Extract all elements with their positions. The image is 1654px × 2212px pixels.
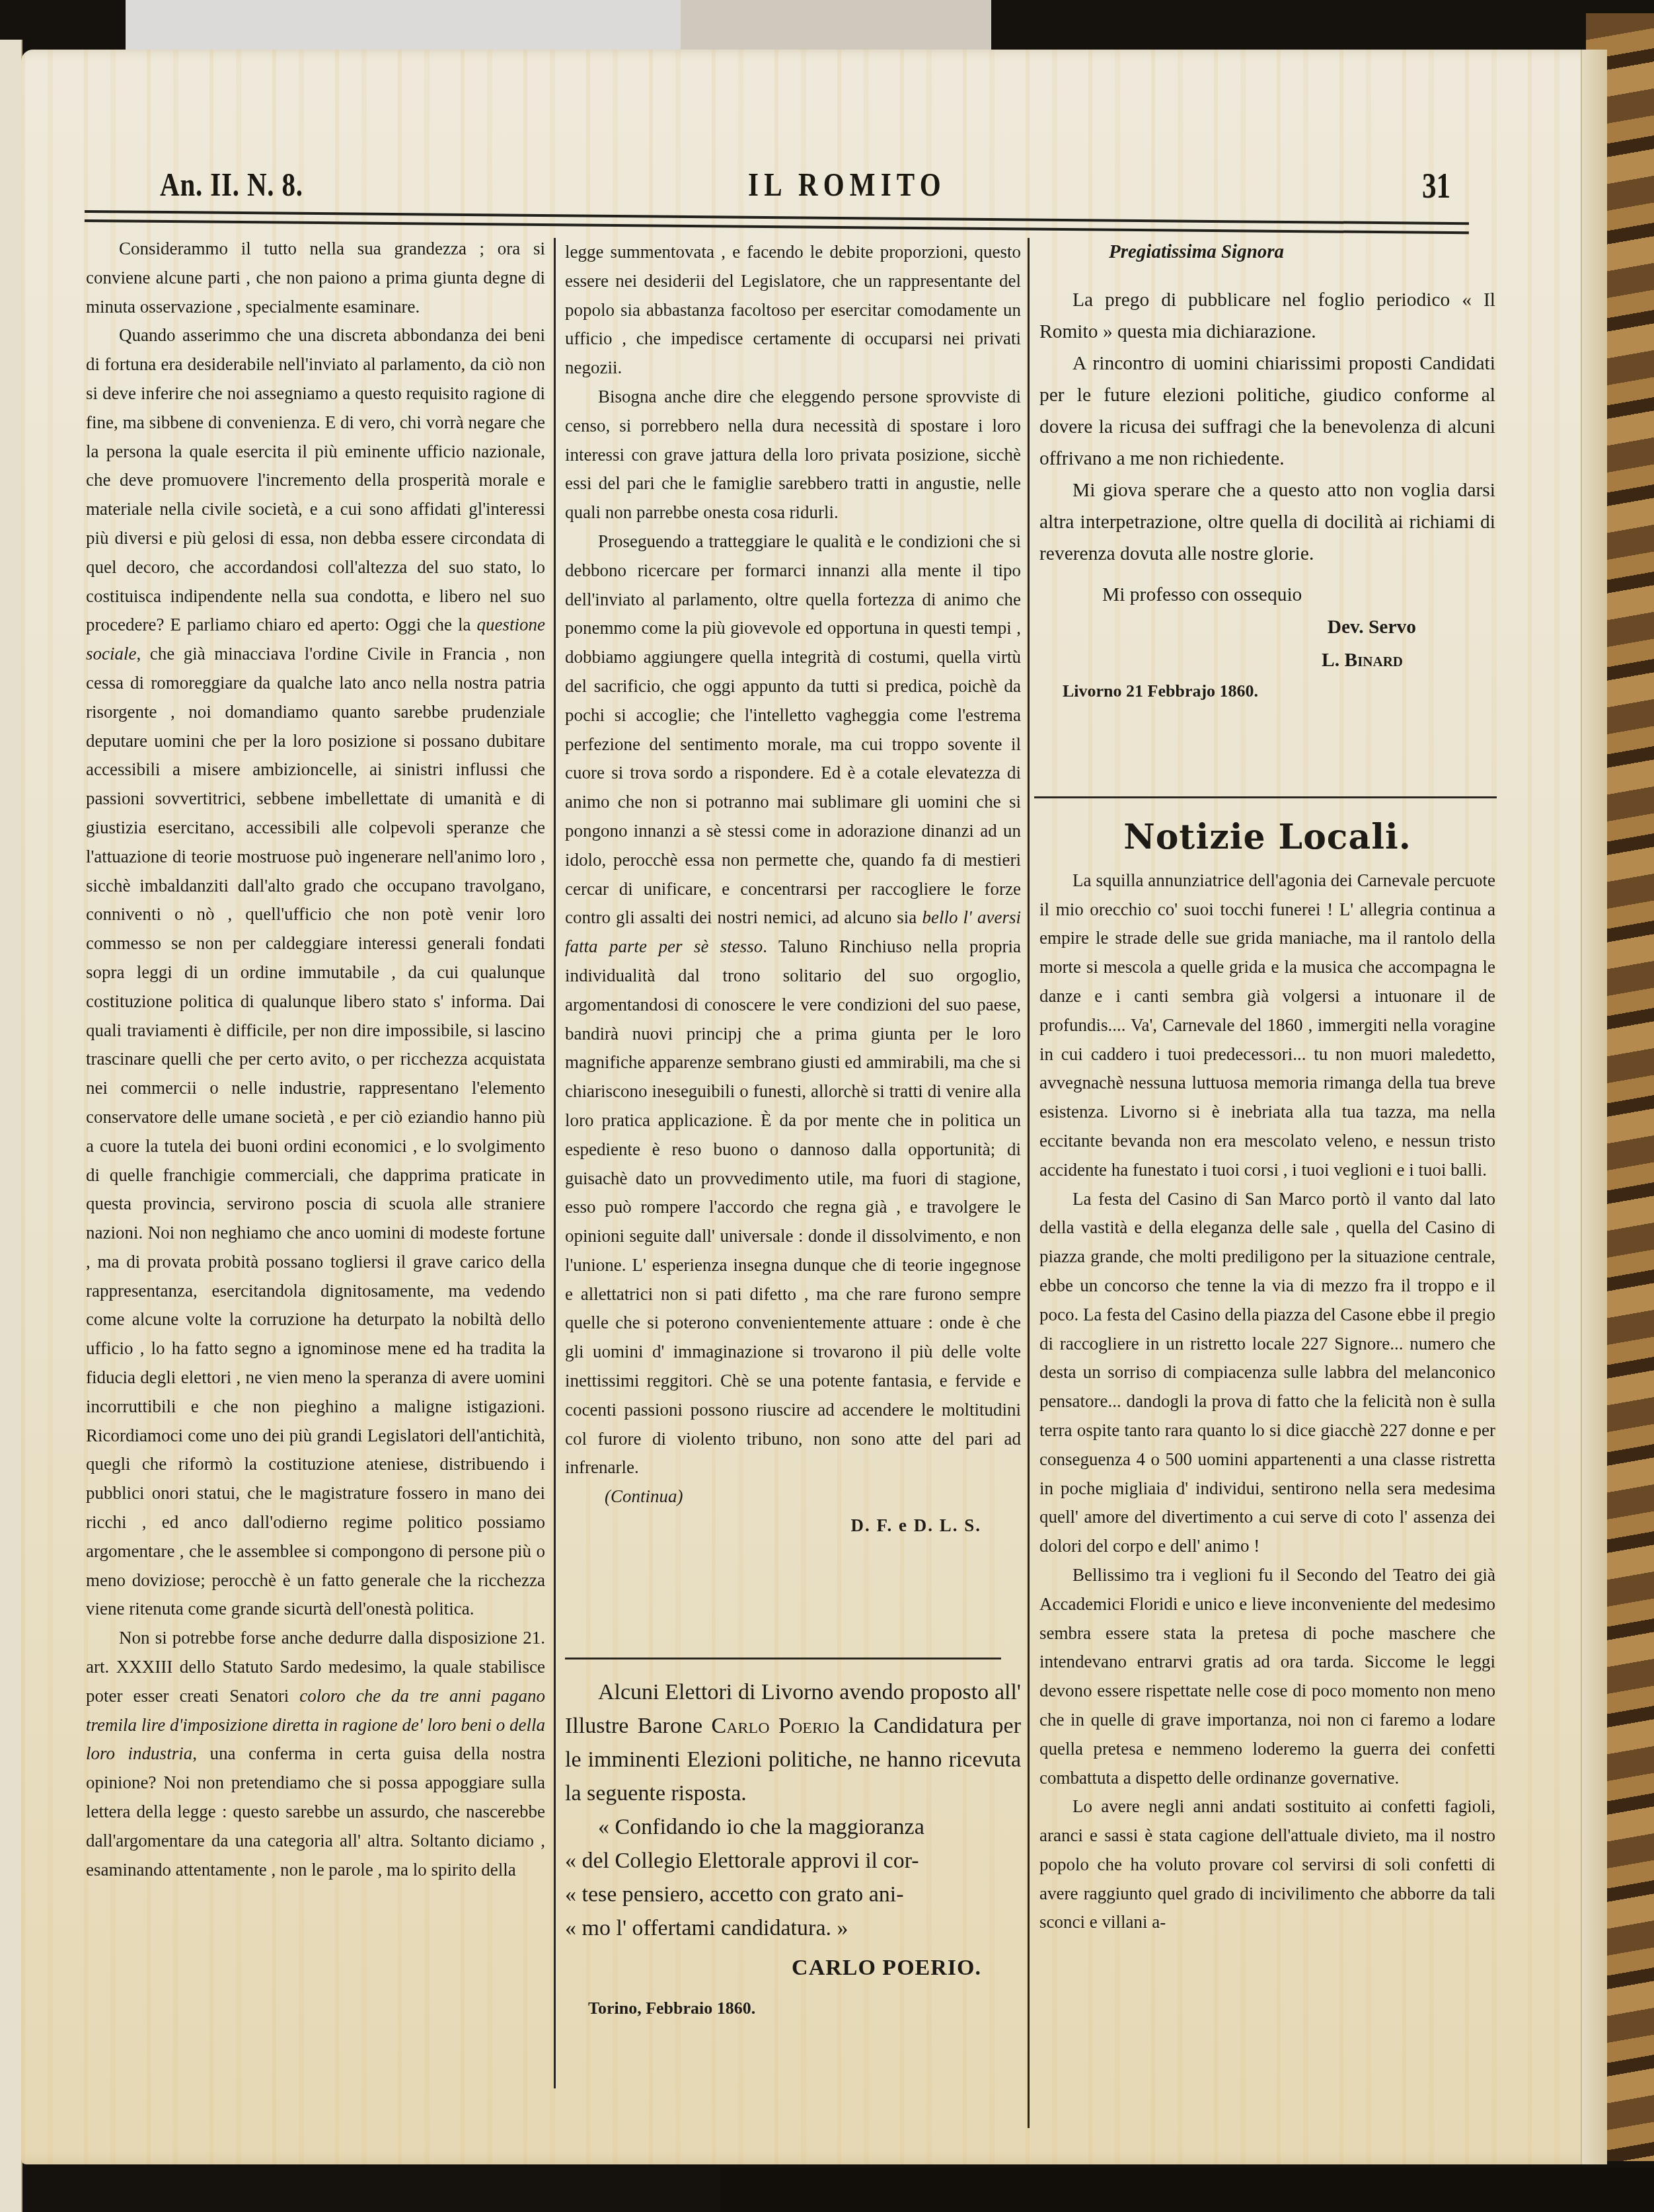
section-title: Notizie Locali. (1039, 823, 1495, 852)
local-news-section: Notizie Locali. La squilla annunziatrice… (1039, 810, 1495, 1937)
article-paragraph: Non si potrebbe forse anche dedurre dall… (86, 1624, 545, 1884)
person-name: Carlo Poerio (712, 1714, 840, 1738)
quote-line: « Confidando io che la maggioranza (565, 1810, 1021, 1844)
quote-line: « mo l' offertami candidatura. » (565, 1911, 1021, 1945)
news-paragraph: La festa del Casino di San Marco portò i… (1039, 1185, 1495, 1561)
letter-salutation: Pregiatissima Signora (1039, 238, 1495, 267)
news-paragraph: La squilla annunziatrice dell'agonia dei… (1039, 866, 1495, 1185)
letter-paragraph: A rincontro di uomini chiarissimi propos… (1039, 348, 1495, 475)
column-divider-1 (554, 238, 556, 2088)
page-fold-edge (1581, 50, 1607, 2164)
notice-dateline: Torino, Febbraio 1860. (565, 1991, 1021, 2025)
poerio-notice: Alcuni Elettori di Livorno avendo propos… (565, 1675, 1021, 2025)
letter-paragraph: La prego di pubblicare nel foglio period… (1039, 284, 1495, 348)
quote-line: « del Collegio Elettorale approvi il cor… (565, 1844, 1021, 1878)
scan-background-bottom (720, 2168, 1654, 2212)
letter-dateline: Livorno 21 Febbrajo 1860. (1039, 677, 1495, 706)
article-signature: D. F. e D. L. S. (565, 1511, 1021, 1541)
section-rule (565, 1658, 1001, 1659)
notice-signature: CARLO POERIO. (565, 1945, 1021, 1991)
news-paragraph: Bellissimo tra i veglioni fu il Secondo … (1039, 1561, 1495, 1792)
newspaper-title: IL ROMITO (748, 165, 946, 204)
letter-sign-name: L. Binard (1039, 644, 1495, 677)
page-number: 31 (1422, 165, 1450, 206)
notice-intro: Alcuni Elettori di Livorno avendo propos… (565, 1675, 1021, 1810)
article-paragraph: Bisogna anche dire che eleggendo persone… (565, 383, 1021, 527)
middle-column: legge summentovata , e facendo le debite… (565, 238, 1021, 1541)
masthead: An. II. N. 8. IL ROMITO 31 (61, 165, 1468, 218)
article-paragraph: Quando asserimmo che una discreta abbond… (86, 321, 545, 1624)
article-paragraph: Considerammo il tutto nella sua grandezz… (86, 235, 545, 321)
left-page-edge (0, 40, 22, 2212)
left-column-article: Considerammo il tutto nella sua grandezz… (86, 235, 545, 1884)
letter-sign-title: Dev. Servo (1039, 611, 1495, 644)
continued-marker: (Continua) (565, 1482, 1021, 1511)
article-paragraph: legge summentovata , e facendo le debite… (565, 238, 1021, 383)
article-paragraph: Proseguendo a tratteggiare le qualità e … (565, 527, 1021, 1482)
quote-line: « tese pensiero, accetto con grato ani- (565, 1878, 1021, 1911)
letter-paragraph: Mi giova sperare che a questo atto non v… (1039, 475, 1495, 570)
column-divider-2 (1028, 238, 1030, 2128)
letter-closing: Mi professo con ossequio (1039, 579, 1495, 611)
section-rule (1034, 796, 1497, 798)
issue-number: An. II. N. 8. (160, 165, 303, 204)
right-column: Pregiatissima Signora La prego di pubbli… (1039, 238, 1495, 706)
news-paragraph: Lo avere negli anni andati sostituito ai… (1039, 1792, 1495, 1937)
